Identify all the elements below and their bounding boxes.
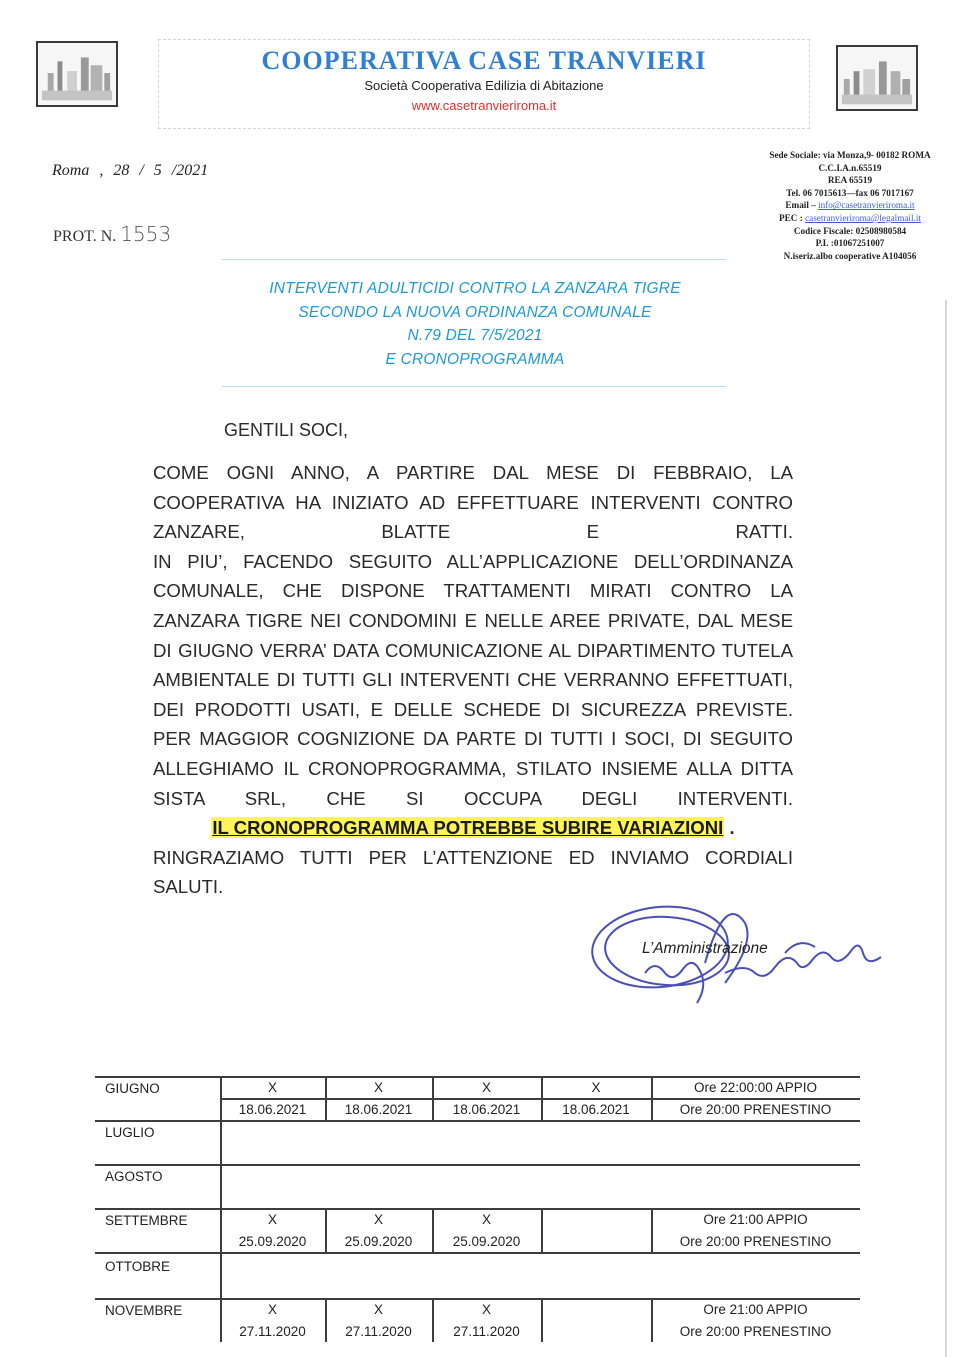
cooperative-website[interactable]: www.casetranvieriroma.it [159,98,809,114]
subject-block: INTERVENTI ADULTICIDI CONTRO LA ZANZARA … [210,277,740,371]
table-rule [432,1076,434,1120]
treatment-time: Ore 20:00 PRENESTINO [651,1324,860,1339]
treatment-date: 25.09.2020 [220,1234,325,1249]
table-rule [541,1208,543,1252]
building-photo-icon [38,43,116,105]
legal-email: Email – info@casetranvieriroma.it [740,199,960,212]
subject-line: N.79 DEL 7/5/2021 [210,324,740,348]
month-label: SETTEMBRE [105,1213,188,1228]
table-rule [651,1208,653,1252]
treatment-mark: X [432,1302,541,1317]
table-rule [432,1298,434,1342]
legal-fiscal-code: Codice Fiscale: 02508980584 [740,225,960,238]
variation-notice: IL CRONOPROGRAMMA POTREBBE SUBIRE VARIAZ… [211,817,724,838]
subject-line: E CRONOPROGRAMMA [210,348,740,372]
treatment-mark: X [220,1080,325,1095]
pec-link[interactable]: casetranvieriroma@legalmail.it [805,213,921,223]
notice-line: IL CRONOPROGRAMMA POTREBBE SUBIRE VARIAZ… [153,813,793,843]
legal-phone: Tel. 06 7015613—fax 06 7017167 [740,187,960,200]
subject-line: INTERVENTI ADULTICIDI CONTRO LA ZANZARA … [210,277,740,301]
table-rule [651,1298,653,1342]
schedule-row: OTTOBRE [95,1254,860,1298]
treatment-mark: X [220,1212,325,1227]
table-rule [220,1254,222,1298]
month-label: LUGLIO [105,1125,155,1140]
cooperative-title: COOPERATIVA CASE TRANVIERI [159,46,809,76]
treatment-date: 18.06.2021 [220,1102,325,1117]
logo-left [36,41,118,107]
schedule-row: NOVEMBREX27.11.2020X27.11.2020X27.11.202… [95,1298,860,1342]
paragraph: IN PIU’, FACENDO SEGUITO ALL’APPLICAZION… [153,547,793,725]
table-rule [220,1120,222,1164]
protocol-number: 1553 [120,222,171,246]
treatment-time: Ore 21:00 APPIO [651,1212,860,1227]
treatment-mark: X [432,1080,541,1095]
table-rule [220,1098,860,1100]
letter-body: COME OGNI ANNO, A PARTIRE DAL MESE DI FE… [153,458,793,902]
subject-divider-bottom [222,386,726,387]
treatment-date: 25.09.2020 [325,1234,432,1249]
legal-cciaa: C.C.I.A.n.65519 [740,162,960,175]
paragraph: COME OGNI ANNO, A PARTIRE DAL MESE DI FE… [153,458,793,547]
treatment-mark: X [325,1080,432,1095]
table-rule [325,1076,327,1120]
treatment-time: Ore 22:00:00 APPIO [651,1080,860,1095]
treatment-mark: X [220,1302,325,1317]
page-edge [945,300,947,1357]
legal-address: Sede Sociale: via Monza,9- 00182 ROMA [740,149,960,162]
legal-pec: PEC : casetranvieriroma@legalmail.it [740,212,960,225]
treatment-mark: X [541,1080,651,1095]
treatment-time: Ore 21:00 APPIO [651,1302,860,1317]
table-rule [325,1208,327,1252]
legal-vat: P.I. :01067251007 [740,237,960,250]
greeting: GENTILI SOCI, [224,420,348,441]
month-label: OTTOBRE [105,1259,170,1274]
treatment-mark: X [325,1302,432,1317]
subject-divider-top [222,259,726,260]
treatment-date: 27.11.2020 [325,1324,432,1339]
paragraph: PER MAGGIOR COGNIZIONE DA PARTE DI TUTTI… [153,724,793,813]
treatment-date: 18.06.2021 [325,1102,432,1117]
schedule-row: LUGLIO [95,1120,860,1164]
schedule-row: AGOSTO [95,1164,860,1208]
legal-rea: REA 65519 [740,174,960,187]
treatment-date: 25.09.2020 [432,1234,541,1249]
subject-line: SECONDO LA NUOVA ORDINANZA COMUNALE [210,301,740,325]
building-photo-icon [838,47,916,109]
table-rule [432,1208,434,1252]
treatment-date: 18.06.2021 [432,1102,541,1117]
table-rule [651,1076,653,1120]
treatment-date: 18.06.2021 [541,1102,651,1117]
table-rule [220,1298,222,1342]
treatment-time: Ore 20:00 PRENESTINO [651,1234,860,1249]
email-link[interactable]: info@casetranvieriroma.it [818,200,914,210]
month-label: NOVEMBRE [105,1303,182,1318]
schedule-row: SETTEMBREX25.09.2020X25.09.2020X25.09.20… [95,1208,860,1252]
treatment-mark: X [432,1212,541,1227]
signature-label: L’Amministrazione [642,940,768,958]
treatment-time: Ore 20:00 PRENESTINO [651,1102,860,1117]
table-rule [325,1298,327,1342]
date-line: Roma , 28 / 5 /2021 [52,162,208,180]
treatment-mark: X [325,1212,432,1227]
table-rule [220,1208,222,1252]
treatment-date: 27.11.2020 [432,1324,541,1339]
protocol-line: PROT. N. 1553 [53,222,171,246]
letterhead: COOPERATIVA CASE TRANVIERI Società Coope… [158,39,810,129]
legal-info: Sede Sociale: via Monza,9- 00182 ROMA C.… [740,149,960,262]
table-rule [541,1298,543,1342]
month-label: AGOSTO [105,1169,163,1184]
month-label: GIUGNO [105,1081,160,1096]
protocol-label: PROT. N. [53,228,116,245]
table-rule [220,1164,222,1208]
treatment-date: 27.11.2020 [220,1324,325,1339]
legal-registry: N.iseriz.albo cooperative A104056 [740,250,960,263]
closing: RINGRAZIAMO TUTTI PER L’ATTENZIONE ED IN… [153,843,793,902]
logo-right [836,45,918,111]
table-rule [541,1076,543,1120]
cooperative-subtitle: Società Cooperativa Edilizia di Abitazio… [159,78,809,94]
